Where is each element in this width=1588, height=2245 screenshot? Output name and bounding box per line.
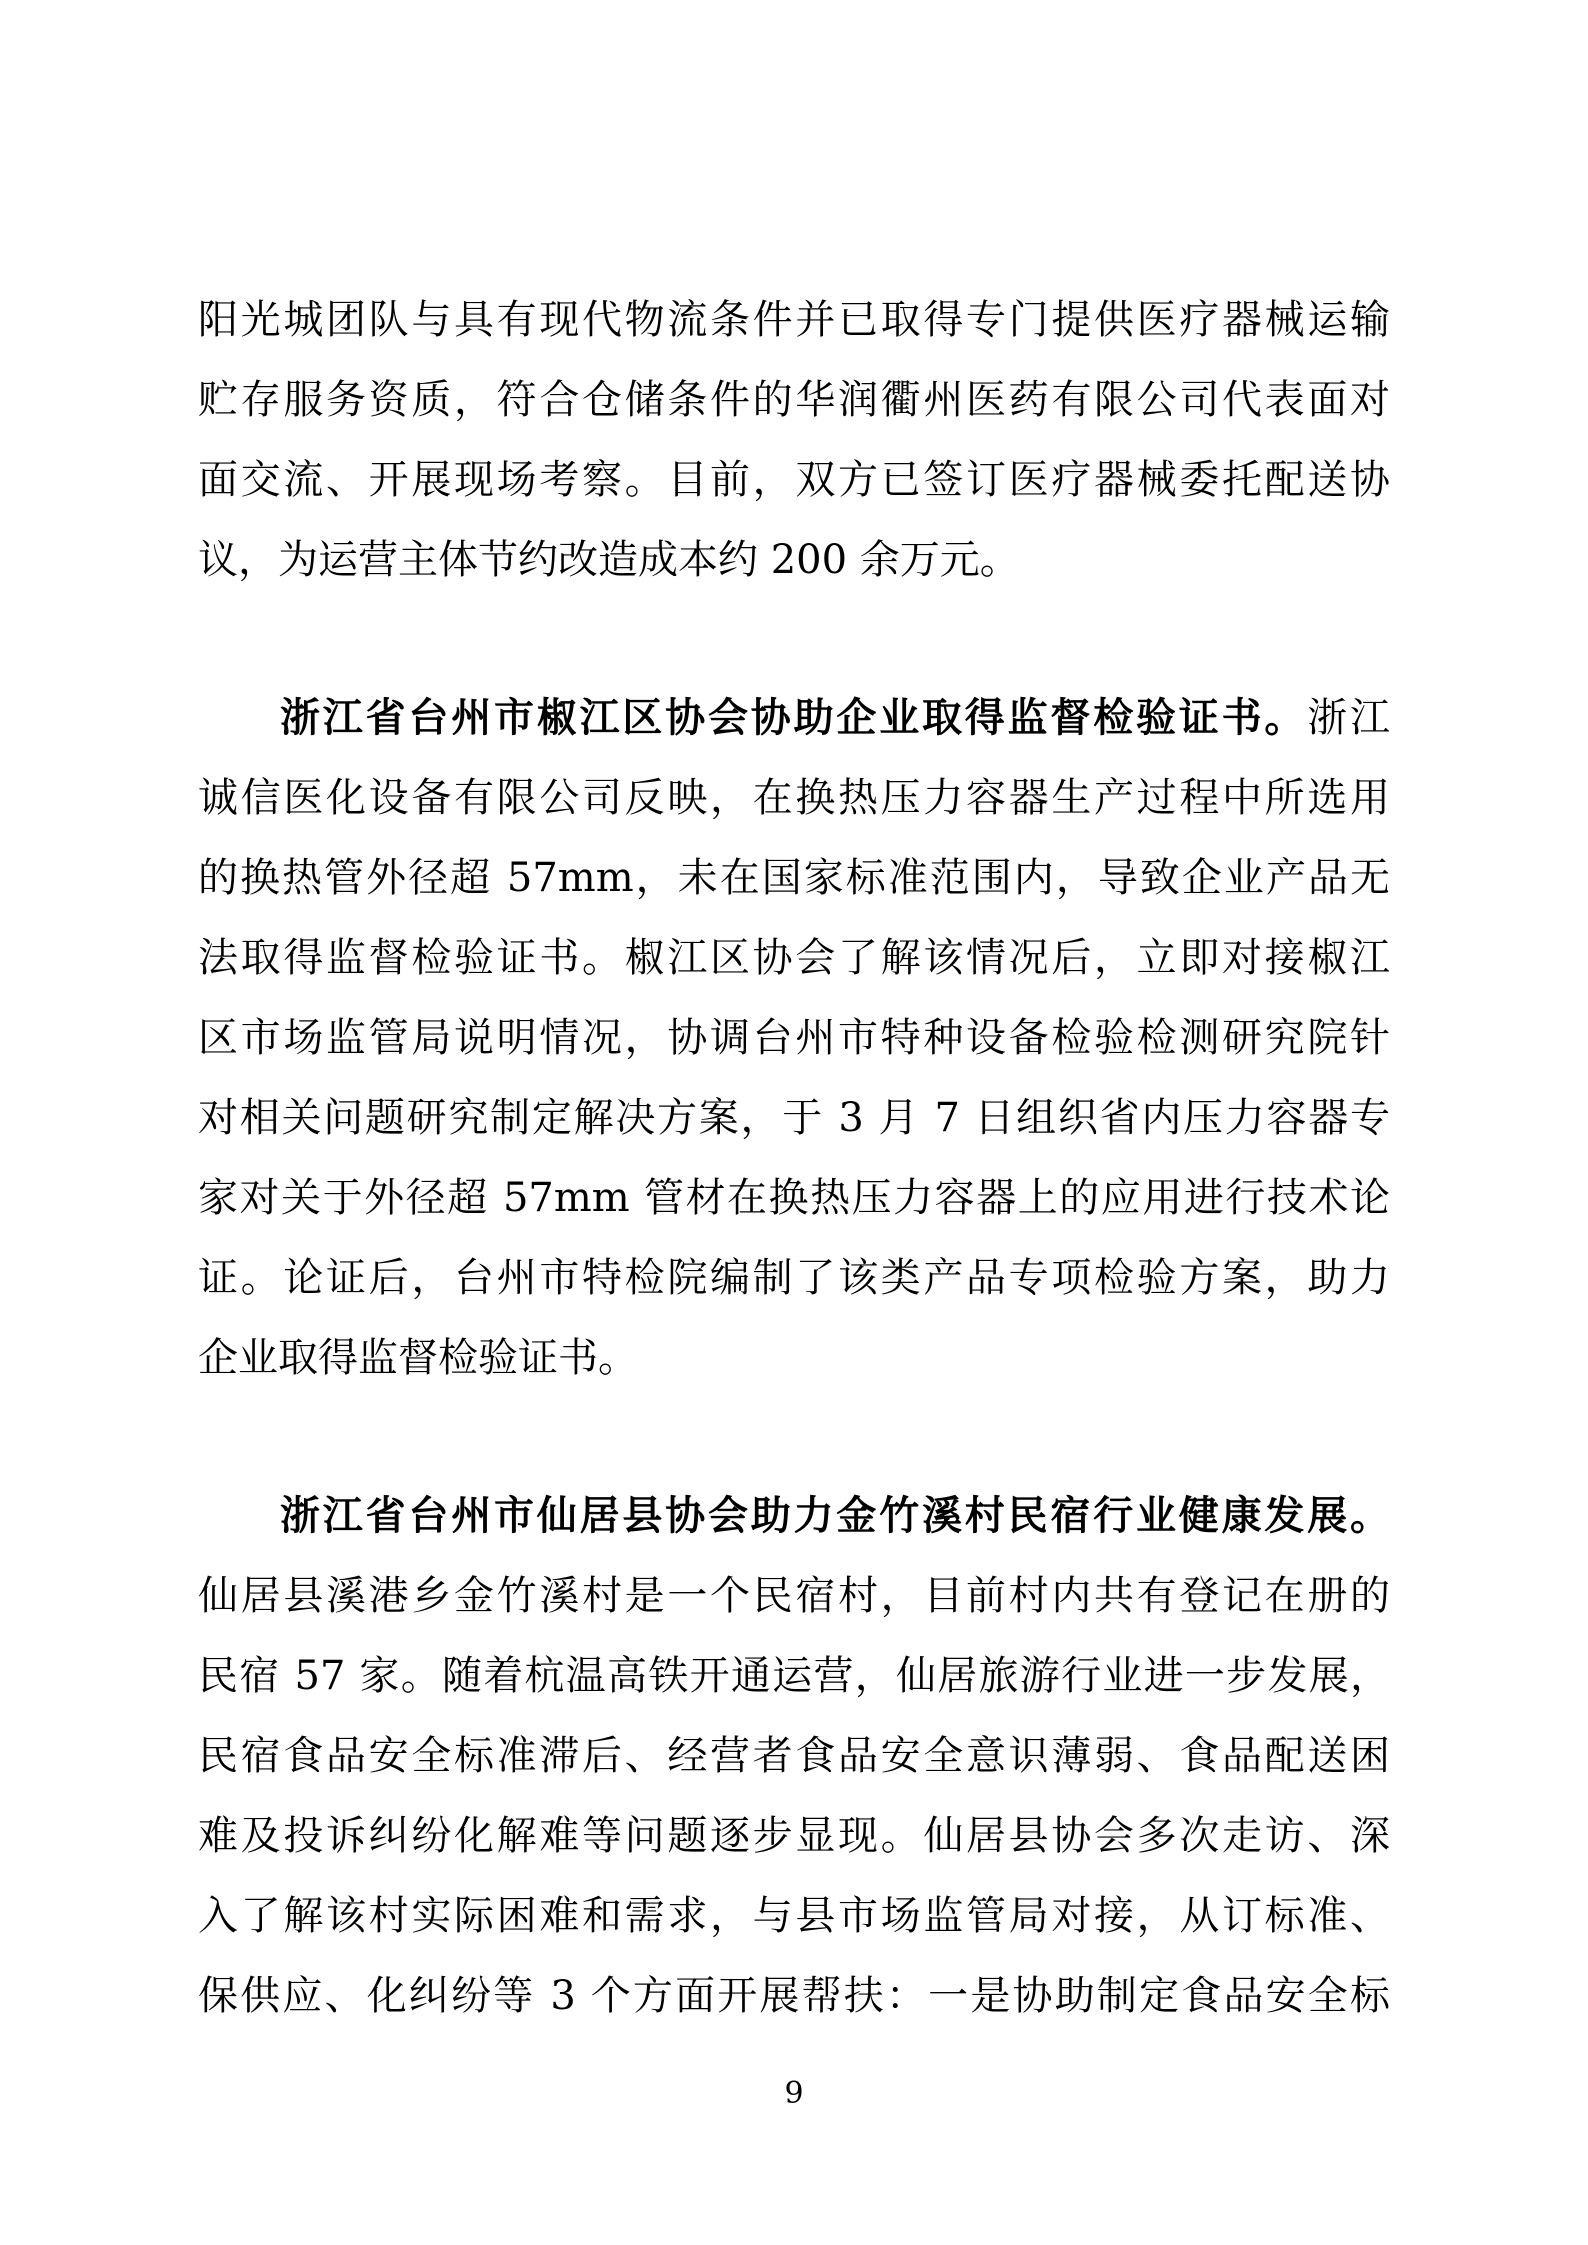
section-heading-tail: 浙江 <box>1307 695 1390 741</box>
text-line: 的换热管外径超 57mm，未在国家标准范围内，导致企业产品无 <box>198 838 1390 918</box>
paragraph: 阳光城团队与具有现代物流条件并已取得专门提供医疗器械运输 贮存服务资质，符合仓储… <box>198 280 1390 600</box>
text-line: 贮存服务资质，符合仓储条件的华润衢州医药有限公司代表面对 <box>198 360 1390 440</box>
paragraph: 浙江省台州市椒江区协会协助企业取得监督检验证书。浙江 诚信医化设备有限公司反映，… <box>198 678 1390 1398</box>
text-line: 对相关问题研究制定解决方案，于 3 月 7 日组织省内压力容器专 <box>198 1078 1390 1158</box>
text-line: 面交流、开展现场考察。目前，双方已签订医疗器械委托配送协 <box>198 440 1390 520</box>
section-heading-bold: 浙江省台州市椒江区协会协助企业取得监督检验证书。 <box>280 696 1307 740</box>
text-line: 区市场监管局说明情况，协调台州市特种设备检验检测研究院针 <box>198 998 1390 1078</box>
text-line: 仙居县溪港乡金竹溪村是一个民宿村，目前村内共有登记在册的 <box>198 1556 1390 1636</box>
section-heading-line: 浙江省台州市椒江区协会协助企业取得监督检验证书。浙江 <box>198 678 1390 758</box>
paragraph: 浙江省台州市仙居县协会助力金竹溪村民宿行业健康发展。 仙居县溪港乡金竹溪村是一个… <box>198 1476 1390 2036</box>
text-line: 证。论证后，台州市特检院编制了该类产品专项检验方案，助力 <box>198 1238 1390 1318</box>
text-line: 议，为运营主体节约改造成本约 200 余万元。 <box>198 520 1390 600</box>
section-heading-line: 浙江省台州市仙居县协会助力金竹溪村民宿行业健康发展。 <box>198 1476 1390 1556</box>
section-heading-bold: 浙江省台州市仙居县协会助力金竹溪村民宿行业健康发展。 <box>280 1494 1390 1538</box>
text-line: 民宿 57 家。随着杭温高铁开通运营，仙居旅游行业进一步发展， <box>198 1636 1390 1716</box>
page-number: 9 <box>198 2072 1390 2116</box>
text-line: 法取得监督检验证书。椒江区协会了解该情况后，立即对接椒江 <box>198 918 1390 998</box>
text-line: 诚信医化设备有限公司反映，在换热压力容器生产过程中所选用 <box>198 758 1390 838</box>
text-line: 企业取得监督检验证书。 <box>198 1318 1390 1398</box>
text-line: 保供应、化纠纷等 3 个方面开展帮扶：一是协助制定食品安全标 <box>198 1956 1390 2036</box>
document-page: 阳光城团队与具有现代物流条件并已取得专门提供医疗器械运输 贮存服务资质，符合仓储… <box>0 0 1588 2245</box>
text-line: 入了解该村实际困难和需求，与县市场监管局对接，从订标准、 <box>198 1876 1390 1956</box>
document-body: 阳光城团队与具有现代物流条件并已取得专门提供医疗器械运输 贮存服务资质，符合仓储… <box>198 280 1390 2036</box>
text-line: 难及投诉纠纷化解难等问题逐步显现。仙居县协会多次走访、深 <box>198 1796 1390 1876</box>
text-line: 家对关于外径超 57mm 管材在换热压力容器上的应用进行技术论 <box>198 1158 1390 1238</box>
text-line: 民宿食品安全标准滞后、经营者食品安全意识薄弱、食品配送困 <box>198 1716 1390 1796</box>
text-line: 阳光城团队与具有现代物流条件并已取得专门提供医疗器械运输 <box>198 280 1390 360</box>
